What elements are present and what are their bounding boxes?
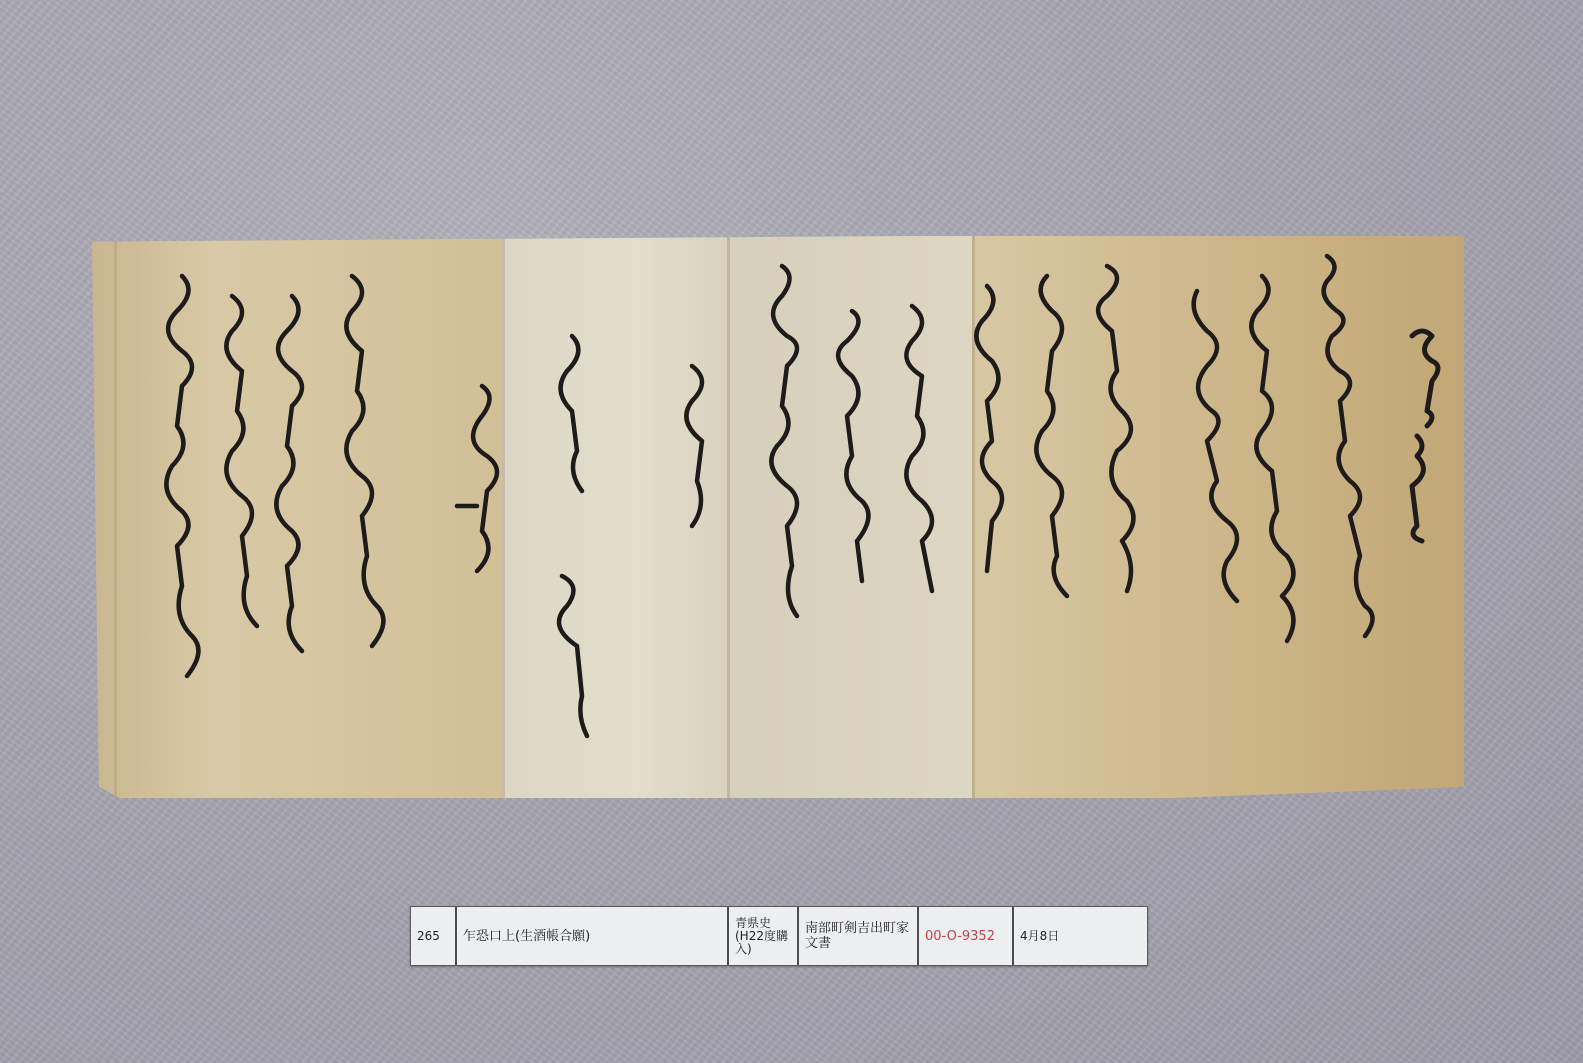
catalog-number: 265 xyxy=(411,907,457,965)
catalog-id: 00-O-9352 xyxy=(919,907,1014,965)
acquisition-source: 青県史(H22度購入) xyxy=(729,907,799,965)
catalog-label: 265 乍恐口上(生酒帳合願) 青県史(H22度購入) 南部町剣吉出町家文書 0… xyxy=(410,906,1148,966)
document-date: 4月8日 xyxy=(1014,907,1147,965)
calligraphy-column xyxy=(1412,331,1438,541)
document-title: 乍恐口上(生酒帳合願) xyxy=(457,907,729,965)
collection-name: 南部町剣吉出町家文書 xyxy=(799,907,919,965)
calligraphy-text xyxy=(92,236,1464,798)
